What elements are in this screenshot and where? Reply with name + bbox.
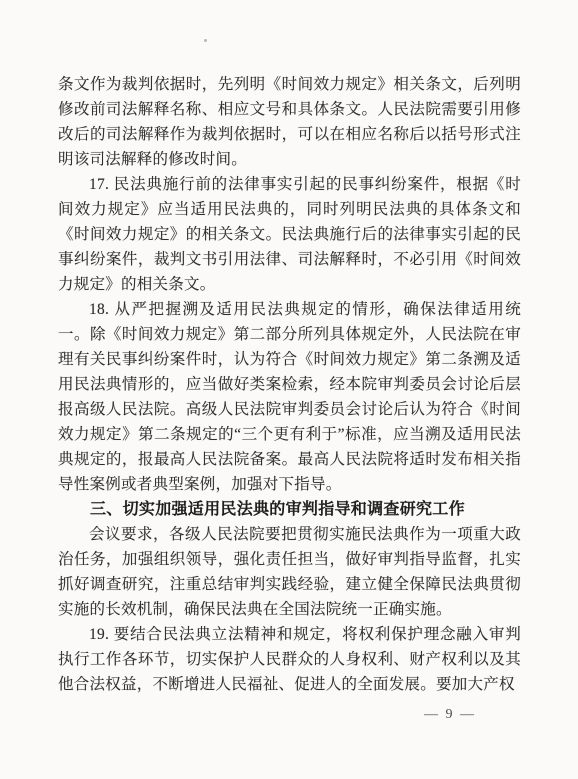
scanned-document-page: 条文作为裁判依据时，先列明《时间效力规定》相关条文，后列明修改前司法解释名称、相… bbox=[0, 0, 578, 779]
paragraph-meeting-requirements: 会议要求，各级人民法院要把贯彻实施民法典作为一项重大政治任务，加强组织领导，强化… bbox=[58, 522, 521, 622]
paragraph-continuation: 条文作为裁判依据时，先列明《时间效力规定》相关条文，后列明修改前司法解释名称、相… bbox=[58, 72, 521, 172]
paragraph-item-19: 19. 要结合民法典立法精神和规定，将权利保护理念融入审判执行工作各环节，切实保… bbox=[58, 622, 521, 697]
document-body: 条文作为裁判依据时，先列明《时间效力规定》相关条文，后列明修改前司法解释名称、相… bbox=[58, 72, 521, 697]
scan-speck bbox=[204, 39, 207, 42]
paragraph-item-18: 18. 从严把握溯及适用民法典规定的情形，确保法律适用统一。除《时间效力规定》第… bbox=[58, 297, 521, 497]
page-number: — 9 — bbox=[405, 707, 495, 723]
section-heading-3: 三、切实加强适用民法典的审判指导和调查研究工作 bbox=[58, 497, 521, 522]
paragraph-item-17: 17. 民法典施行前的法律事实引起的民事纠纷案件，根据《时间效力规定》应当适用民… bbox=[58, 172, 521, 297]
